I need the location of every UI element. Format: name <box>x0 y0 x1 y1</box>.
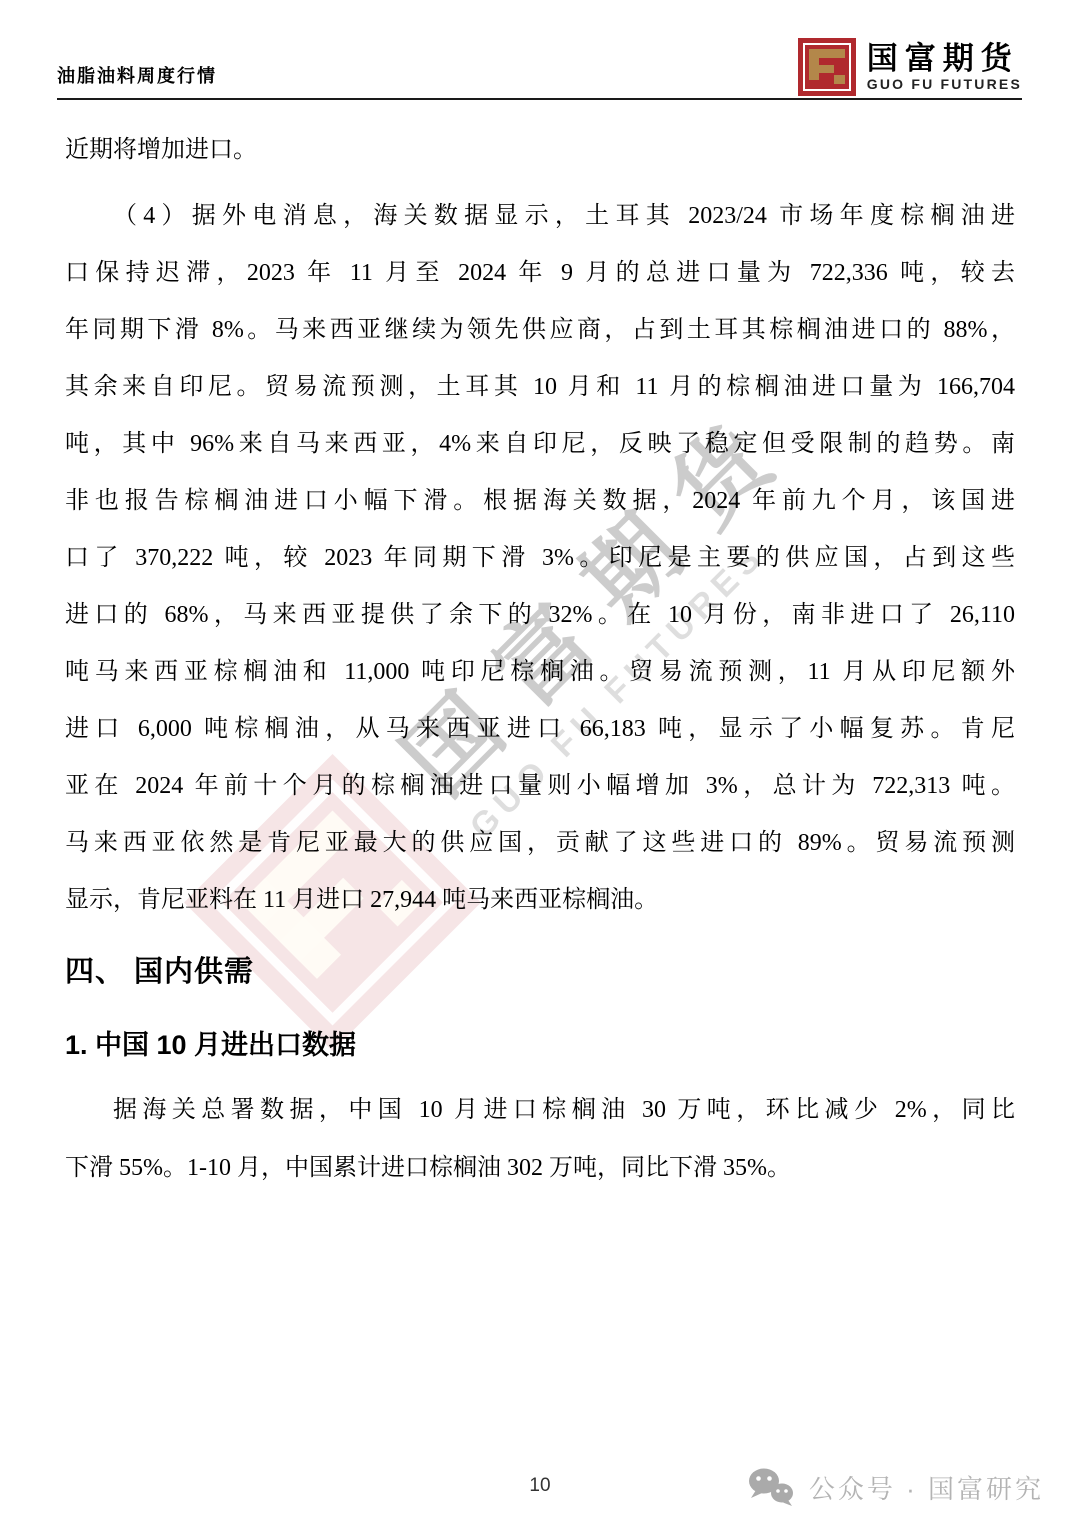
wechat-account-label: 公众号 · 国富研究 <box>809 1469 1044 1506</box>
logo-text: 国富期货 GUO FU FUTURES <box>867 42 1022 93</box>
body-line: 口保持迟滞，2023 年 11 月至 2024 年 9 月的总进口量为 722,… <box>65 245 1015 302</box>
body-line: 近期将增加进口。 <box>65 132 1015 168</box>
company-logo: 国富期货 GUO FU FUTURES <box>798 38 1022 96</box>
report-body: 近期将增加进口。 （4）据外电消息，海关数据显示，土耳其 2023/24 市场年… <box>65 100 1015 1197</box>
body-line: 吨马来西亚棕榈油和 11,000 吨印尼棕榈油。贸易流预测，11 月从印尼额外 <box>65 644 1015 701</box>
body-line: 据海关总署数据，中国 10 月进口棕榈油 30 万吨，环比减少 2%，同比 <box>65 1081 1015 1139</box>
logo-cn-name: 国富期货 <box>867 42 1022 76</box>
logo-glyph-dot <box>834 75 845 84</box>
body-line: 其余来自印尼。贸易流预测，土耳其 10 月和 11 月的棕榈油进口量为 166,… <box>65 359 1015 416</box>
logo-glyph-middle-bar <box>809 65 834 73</box>
body-line: 马来西亚依然是肯尼亚最大的供应国，贡献了这些进口的 89%。贸易流预测 <box>65 815 1015 872</box>
body-line: 口了 370,222 吨，较 2023 年同期下滑 3%。印尼是主要的供应国，占… <box>65 530 1015 587</box>
body-line: 非也报告棕榈油进口小幅下滑。根据海关数据，2024 年前九个月，该国进 <box>65 473 1015 530</box>
body-line: 吨，其中 96%来自马来西亚，4%来自印尼，反映了稳定但受限制的趋势。南 <box>65 416 1015 473</box>
logo-en-name: GUO FU FUTURES <box>867 76 1022 93</box>
body-line: 进口的 68%，马来西亚提供了余下的 32%。在 10 月份，南非进口了 26,… <box>65 587 1015 644</box>
body-line: 显示，肯尼亚料在 11 月进口 27,944 吨马来西亚棕榈油。 <box>65 872 1015 929</box>
body-line: 下滑 55%。1-10 月，中国累计进口棕榈油 302 万吨，同比下滑 35%。 <box>65 1139 1015 1197</box>
report-page: 国富期货 GUO FU FUTURES 油脂油料周度行情 国富期货 GUO FU… <box>0 0 1080 1527</box>
page-header: 油脂油料周度行情 国富期货 GUO FU FUTURES <box>57 0 1022 100</box>
body-line: （4）据外电消息，海关数据显示，土耳其 2023/24 市场年度棕榈油进 <box>65 188 1015 245</box>
paragraph-4: （4）据外电消息，海关数据显示，土耳其 2023/24 市场年度棕榈油进 口保持… <box>65 188 1015 929</box>
guofu-logo-mark-icon <box>798 38 856 96</box>
body-line: 亚在 2024 年前十个月的棕榈油进口量则小幅增加 3%，总计为 722,313… <box>65 758 1015 815</box>
wechat-account-badge: 公众号 · 国富研究 <box>747 1467 1044 1507</box>
section-heading: 四、 国内供需 <box>65 949 1015 995</box>
sub-heading: 1. 中国 10 月进出口数据 <box>65 1023 1015 1067</box>
body-line: 进口 6,000 吨棕榈油，从马来西亚进口 66,183 吨，显示了小幅复苏。肯… <box>65 701 1015 758</box>
paragraph-china: 据海关总署数据，中国 10 月进口棕榈油 30 万吨，环比减少 2%，同比 下滑… <box>65 1081 1015 1197</box>
document-title: 油脂油料周度行情 <box>57 62 217 88</box>
body-line: 年同期下滑 8%。马来西亚继续为领先供应商，占到土耳其棕榈油进口的 88%， <box>65 302 1015 359</box>
wechat-icon <box>747 1467 795 1507</box>
